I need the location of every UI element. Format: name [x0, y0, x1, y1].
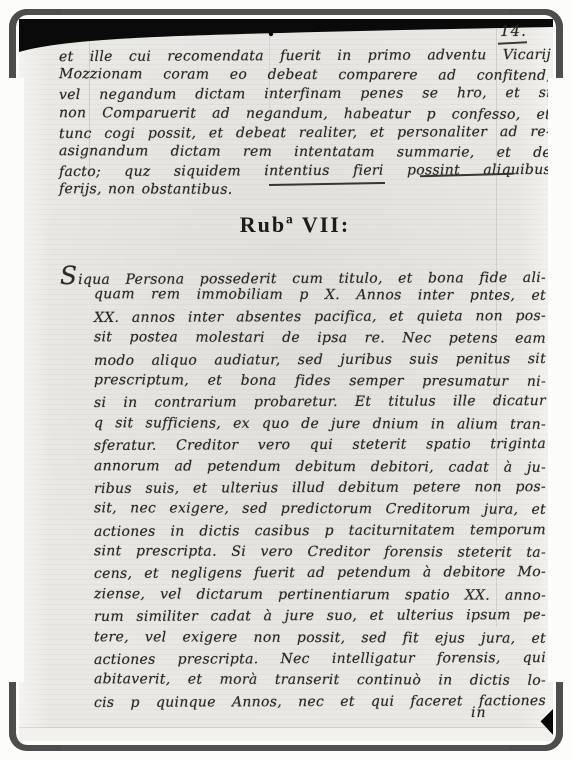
manuscript-line: vel negandum dictam interfinam penes se …: [59, 84, 551, 105]
scanned-page: 14. et ille cui recomendata fuerit in pr…: [19, 19, 553, 741]
manuscript-line: sit, nec exigere, sed predictorum Credit…: [94, 499, 546, 522]
manuscript-line: ziense, vel dictarum pertinentiarum spat…: [94, 584, 546, 607]
catchword: in: [471, 705, 487, 721]
manuscript-line: quam rem immobiliam p X. Annos inter pnt…: [94, 285, 546, 308]
manuscript-line: et ille cui recomendata fuerit in primo …: [59, 46, 551, 67]
manuscript-line: si in contrarium probaretur. Et titulus …: [94, 391, 546, 414]
manuscript-line: asignandum dictam rem intentatam summari…: [59, 142, 551, 163]
paragraph-2: Siqua Persona possederit cum titulo, et …: [94, 264, 546, 713]
section-heading: Rubª VII:: [19, 212, 553, 238]
frame-side-fade-left: [4, 78, 24, 682]
page-number: 14.: [500, 22, 527, 40]
manuscript-line: sint prescripta. Si vero Creditor forens…: [94, 541, 546, 564]
manuscript-line: tere, vel exigere non possit, sed fit ej…: [94, 627, 546, 650]
manuscript-line: Mozzionam coram eo debeat comparere ad c…: [59, 65, 551, 86]
manuscript-line: modo aliquo audiatur, sed juribus suis p…: [94, 349, 546, 372]
manuscript-line: cens, et negligens fuerit ad petendum à …: [94, 562, 546, 585]
manuscript-line: tunc cogi possit, et debeat realiter, et…: [59, 123, 551, 144]
frame-side-fade-right: [548, 78, 568, 682]
page-bottom-edge: [19, 728, 553, 741]
manuscript-line: sit postea molestari de ipsa re. Nec pet…: [94, 327, 546, 350]
manuscript-line: Siqua Persona possederit cum titulo, et …: [60, 263, 546, 287]
manuscript-line: XX. annos inter absentes pacifica, et qu…: [94, 306, 546, 329]
manuscript-line: q sit sufficiens, ex quo de jure dnium i…: [94, 413, 546, 436]
manuscript-line: sferatur. Creditor vero qui steterit spa…: [94, 434, 546, 457]
manuscript-line: actiones in dictis casibus p taciturnita…: [94, 520, 546, 543]
manuscript-line: facto; quz siquidem intentius fieri poss…: [59, 161, 551, 182]
manuscript-line: non Comparuerit ad negandum, habeatur p …: [59, 104, 551, 125]
manuscript-line: actiones prescripta. Nec intelligatur fo…: [94, 648, 546, 671]
paragraph-1: et ille cui recomendata fuerit in primo …: [59, 47, 551, 201]
screenshot-stage: 14. et ille cui recomendata fuerit in pr…: [0, 0, 572, 760]
manuscript-line: prescriptum, et bona fides semper presum…: [94, 370, 546, 393]
manuscript-line: rum similiter cadat à jure suo, et ulter…: [94, 605, 546, 628]
manuscript-line: abitaverit, et morà transerit continuò i…: [94, 670, 546, 693]
manuscript-line: annorum ad petendum debitum debitori, ca…: [94, 456, 546, 479]
manuscript-line: ribus suis, et ulterius illud debitum pe…: [94, 477, 546, 500]
